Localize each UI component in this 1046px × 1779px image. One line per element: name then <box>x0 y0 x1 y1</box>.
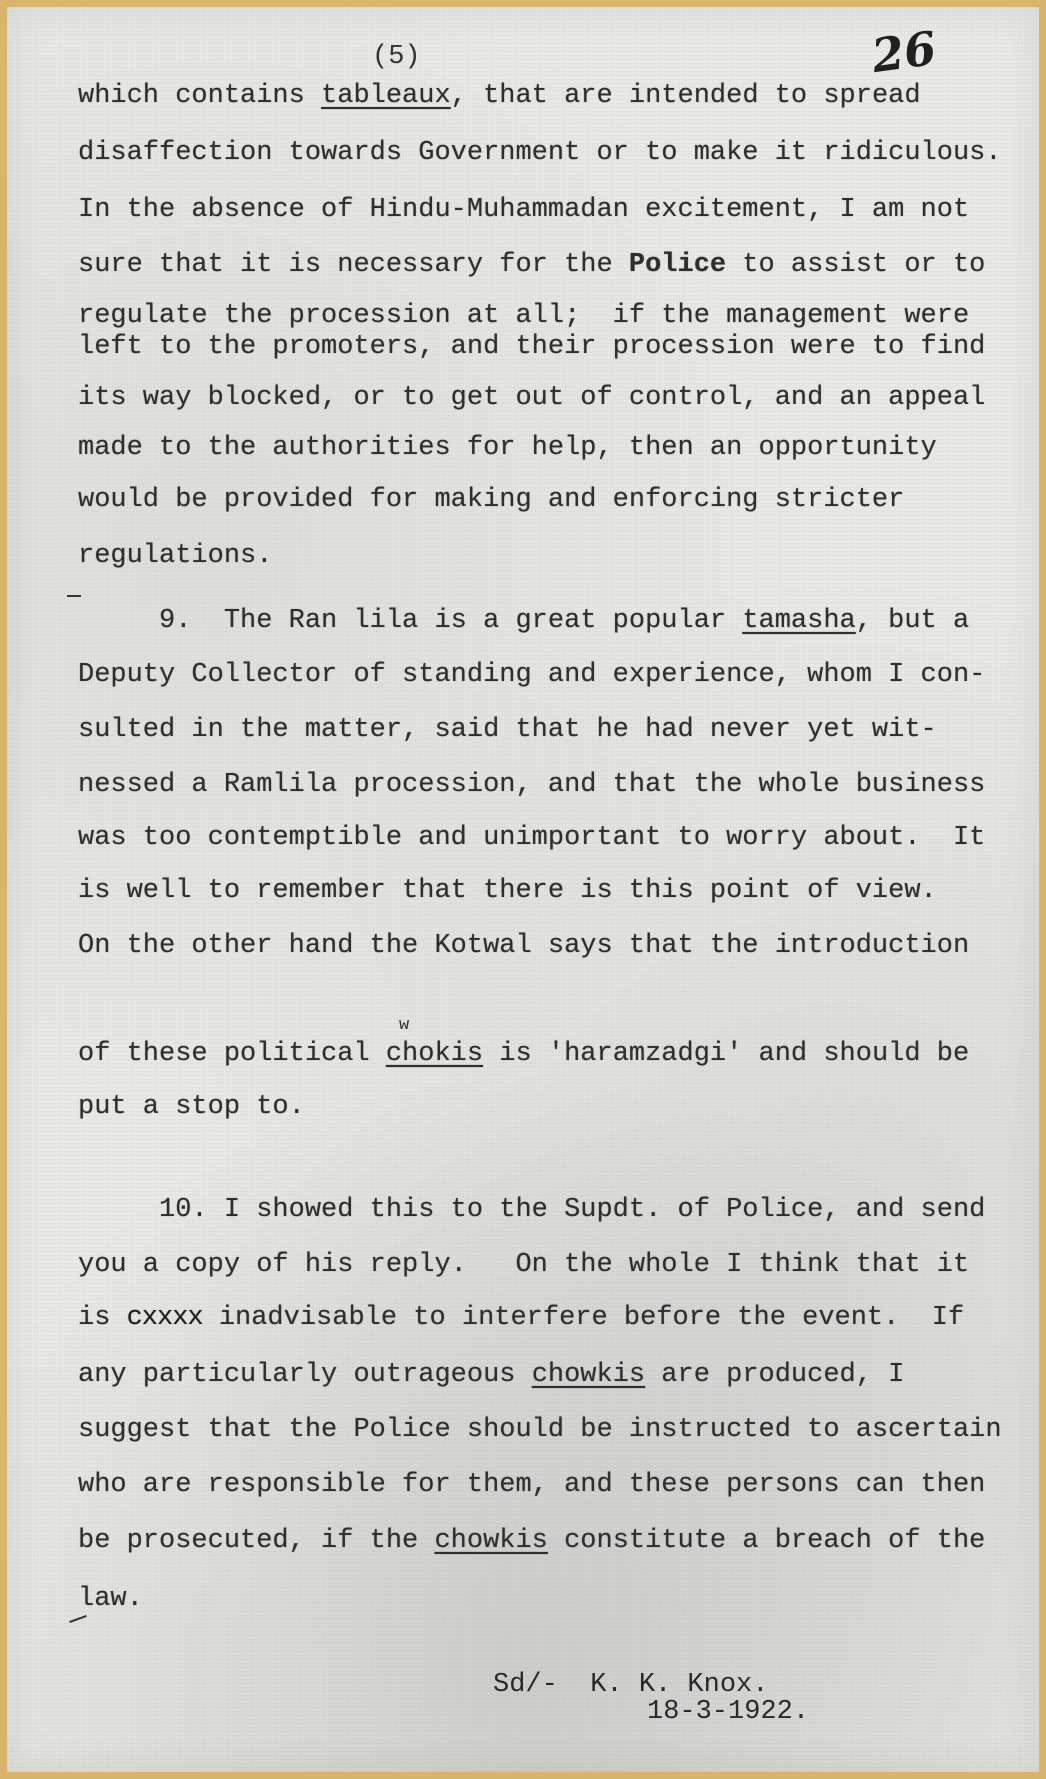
text-line: sulted in the matter, said that he had n… <box>78 717 937 744</box>
struck-out-word: cxxxx <box>127 1303 203 1333</box>
text-line: is cxxxx inadvisable to interfere before… <box>78 1305 964 1332</box>
signature-line: Sd/- K. K. Knox. <box>493 1670 768 1700</box>
text-line: regulate the procession at all; if the m… <box>78 303 969 330</box>
text-line: its way blocked, or to get out of contro… <box>78 385 985 412</box>
text-line: nessed a Ramlila procession, and that th… <box>78 772 985 799</box>
underlined-word: tableaux <box>321 81 451 111</box>
text-line: On the other hand the Kotwal says that t… <box>78 933 969 960</box>
text-line: is well to remember that there is this p… <box>78 878 937 905</box>
text-line: Deputy Collector of standing and experie… <box>78 662 985 689</box>
text-line: disaffection towards Government or to ma… <box>78 140 1002 167</box>
underlined-word: tamasha <box>742 606 855 636</box>
text-line: regulations. <box>78 543 272 570</box>
text-line: was too contemptible and unimportant to … <box>78 825 985 852</box>
text-line: left to the promoters, and their process… <box>78 334 985 361</box>
margin-mark <box>67 595 81 597</box>
text-line: which contains tableaux, that are intend… <box>78 83 921 110</box>
insertion-mark: w <box>399 1016 409 1035</box>
underlined-word: chowkis <box>532 1360 645 1390</box>
text-line: sure that it is necessary for the Police… <box>78 252 985 279</box>
text-line: law. <box>78 1586 143 1613</box>
page-number: (5) <box>372 42 421 72</box>
text-line: would be provided for making and enforci… <box>78 487 904 514</box>
signature-date: 18-3-1922. <box>647 1697 809 1727</box>
text-line: 10. I showed this to the Supdt. of Polic… <box>78 1197 985 1224</box>
text-line: 9. The Ran lila is a great popular tamas… <box>78 608 969 635</box>
text-line: suggest that the Police should be instru… <box>78 1417 1002 1444</box>
text-line: you a copy of his reply. On the whole I … <box>78 1252 969 1279</box>
text-line: of these political chokis is 'haramzadgi… <box>78 1041 969 1068</box>
text-line: In the absence of Hindu-Muhammadan excit… <box>78 197 969 224</box>
text-line: who are responsible for them, and these … <box>78 1472 985 1499</box>
text-line: any particularly outrageous chowkis are … <box>78 1362 904 1389</box>
handwritten-folio-number: 26 <box>869 21 940 83</box>
text-line: put a stop to. <box>78 1094 305 1121</box>
document-page: (5) 26 which contains tableaux, that are… <box>7 7 1039 1772</box>
text-line: be prosecuted, if the chowkis constitute… <box>78 1528 985 1555</box>
text-line: made to the authorities for help, then a… <box>78 435 937 462</box>
margin-tick-mark <box>69 1615 87 1623</box>
underlined-word: chowkis <box>434 1526 547 1556</box>
underlined-word: chokis <box>386 1039 483 1069</box>
